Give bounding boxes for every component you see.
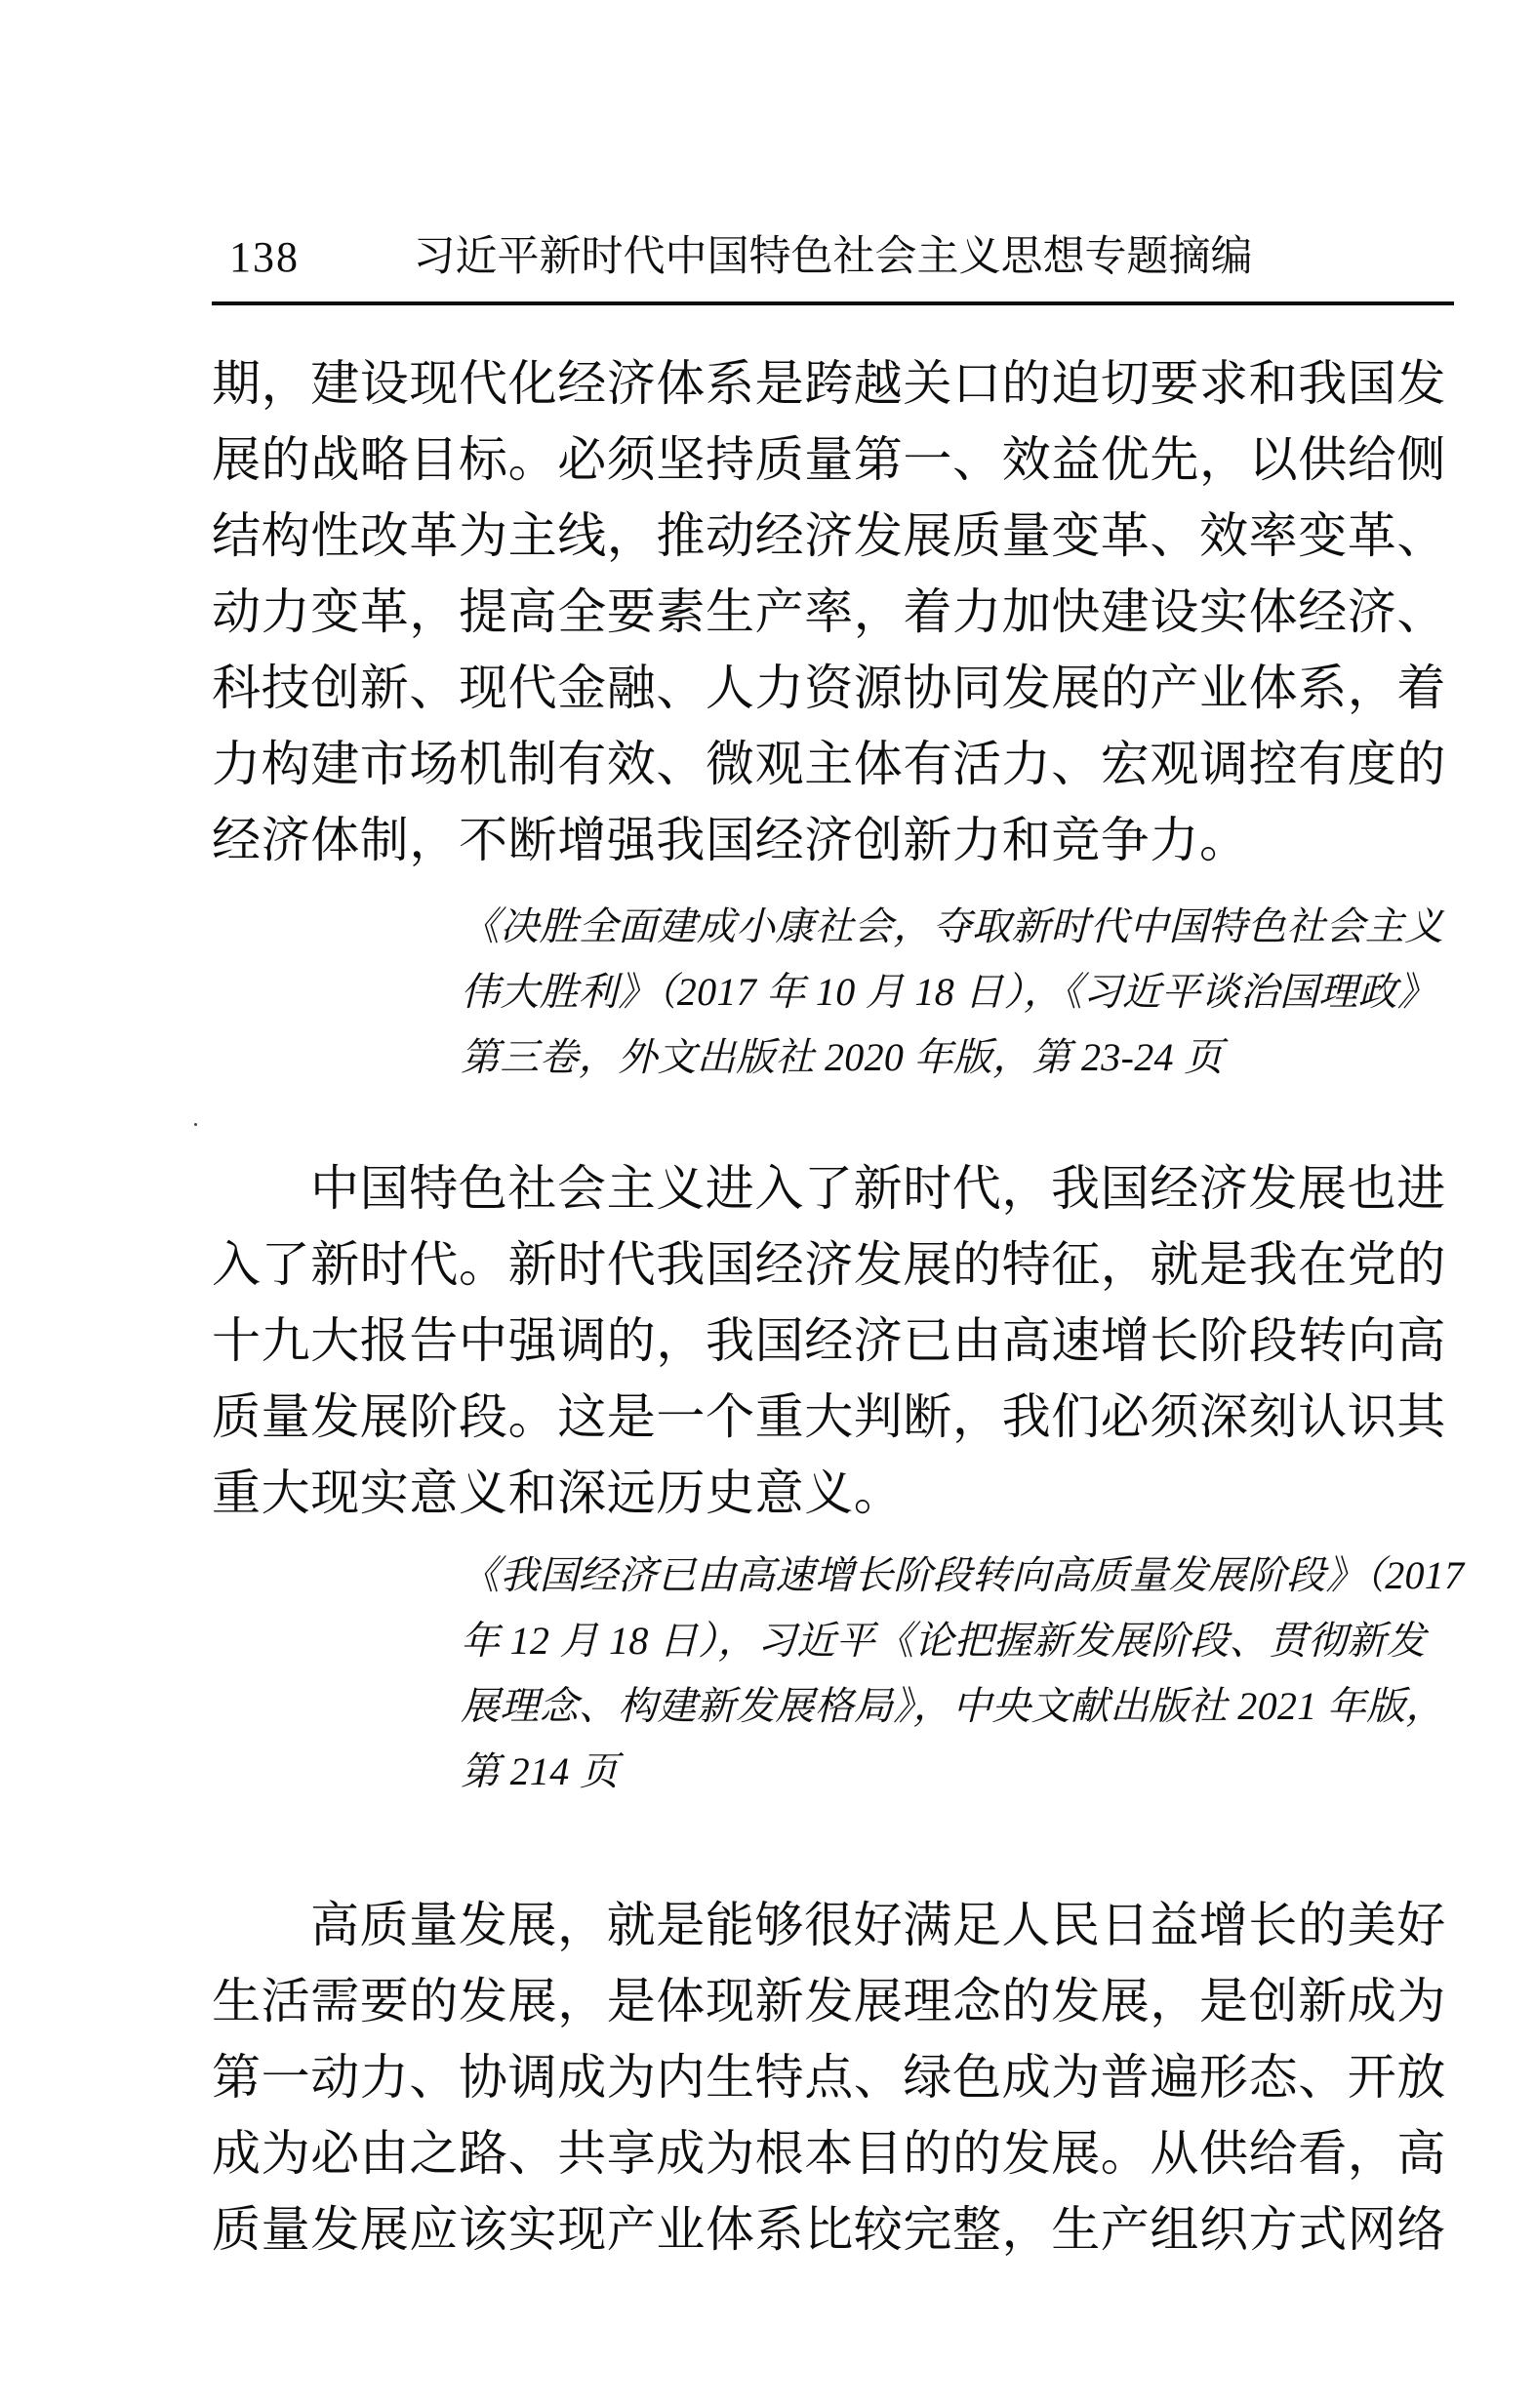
scan-speck: [194, 1123, 197, 1126]
page-header: 138 习近平新时代中国特色社会主义思想专题摘编: [212, 232, 1454, 287]
body-line: 中国特色社会主义进入了新时代，我国经济发展也进: [212, 1150, 1454, 1226]
paragraph-3: 高质量发展，就是能够很好满足人民日益增长的美好 生活需要的发展，是体现新发展理念…: [212, 1887, 1454, 2268]
paragraph-1: 期，建设现代化经济体系是跨越关口的迫切要求和我国发 展的战略目标。必须坚持质量第…: [212, 345, 1454, 878]
book-page: 138 习近平新时代中国特色社会主义思想专题摘编 期，建设现代化经济体系是跨越关…: [0, 0, 1535, 2408]
body-line: 结构性改革为主线，推动经济发展质量变革、效率变革、: [212, 498, 1454, 574]
citation-line: 《决胜全面建成小康社会，夺取新时代中国特色社会主义: [461, 894, 1454, 959]
body-line: 成为必由之路、共享成为根本目的的发展。从供给看，高: [212, 2115, 1454, 2191]
body-line: 十九大报告中强调的，我国经济已由高速增长阶段转向高: [212, 1303, 1454, 1379]
citation-line: 第三卷，外文出版社 2020 年版，第 23-24 页: [461, 1024, 1454, 1090]
body-line: 第一动力、协调成为内生特点、绿色成为普遍形态、开放: [212, 2039, 1454, 2115]
body-line: 力构建市场机制有效、微观主体有活力、宏观调控有度的: [212, 726, 1454, 802]
body-line: 质量发展应该实现产业体系比较完整，生产组织方式网络: [212, 2191, 1454, 2268]
body-line: 重大现实意义和深远历史意义。: [212, 1455, 1454, 1531]
body-line: 展的战略目标。必须坚持质量第一、效益优先，以供给侧: [212, 421, 1454, 498]
citation-2: 《我国经济已由高速增长阶段转向高质量发展阶段》（2017 年 12 月 18 日…: [461, 1543, 1454, 1804]
header-title: 习近平新时代中国特色社会主义思想专题摘编: [212, 232, 1454, 283]
citation-line: 年 12 月 18 日），习近平《论把握新发展阶段、贯彻新发: [461, 1608, 1454, 1673]
paragraph-2: 中国特色社会主义进入了新时代，我国经济发展也进 入了新时代。新时代我国经济发展的…: [212, 1150, 1454, 1531]
body-line: 期，建设现代化经济体系是跨越关口的迫切要求和我国发: [212, 345, 1454, 421]
body-line: 入了新时代。新时代我国经济发展的特征，就是我在党的: [212, 1226, 1454, 1303]
body-line: 动力变革，提高全要素生产率，着力加快建设实体经济、: [212, 574, 1454, 650]
citation-line: 展理念、构建新发展格局》，中央文献出版社 2021 年版，: [461, 1673, 1454, 1739]
body-line: 质量发展阶段。这是一个重大判断，我们必须深刻认识其: [212, 1379, 1454, 1455]
body-line: 高质量发展，就是能够很好满足人民日益增长的美好: [212, 1887, 1454, 1963]
citation-line: 《我国经济已由高速增长阶段转向高质量发展阶段》（2017: [461, 1543, 1454, 1608]
citation-1: 《决胜全面建成小康社会，夺取新时代中国特色社会主义 伟大胜利》（2017 年 1…: [461, 894, 1454, 1090]
body-line: 经济体制，不断增强我国经济创新力和竞争力。: [212, 802, 1454, 878]
citation-line: 伟大胜利》（2017 年 10 月 18 日），《习近平谈治国理政》: [461, 959, 1454, 1024]
body-line: 科技创新、现代金融、人力资源协同发展的产业体系，着: [212, 650, 1454, 726]
header-rule: [212, 301, 1454, 305]
body-line: 生活需要的发展，是体现新发展理念的发展，是创新成为: [212, 1963, 1454, 2039]
citation-line: 第 214 页: [461, 1739, 1454, 1804]
